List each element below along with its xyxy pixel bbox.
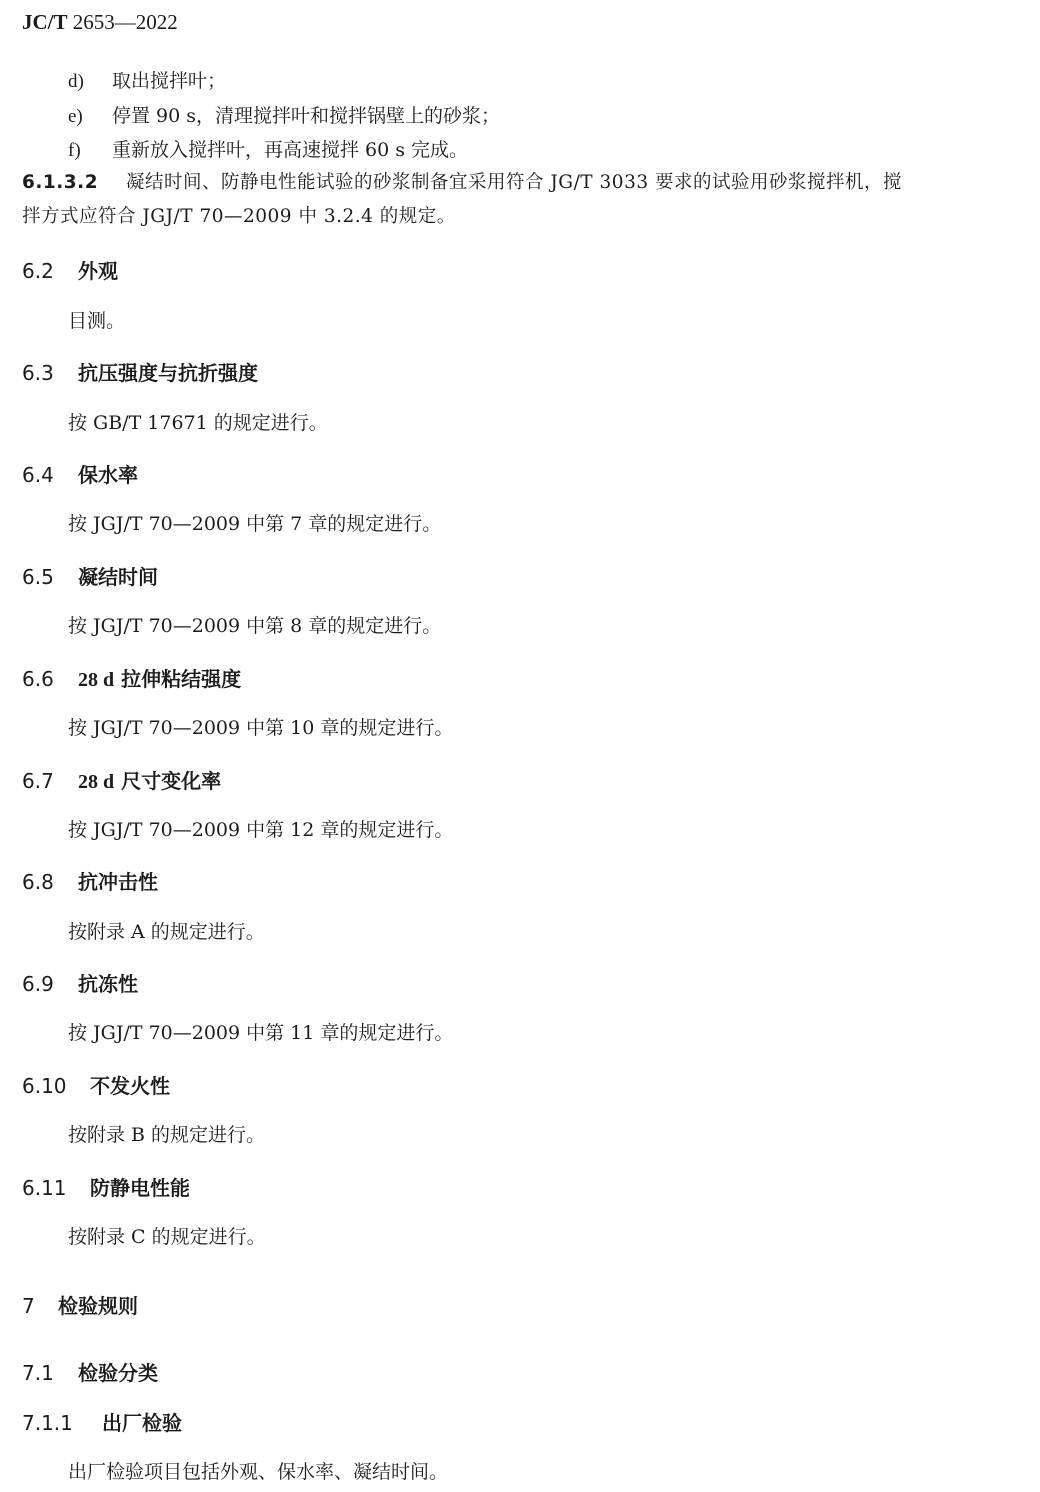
chapter-title: 检验规则 [58, 1294, 138, 1318]
section-title-prefix: 28 d [78, 771, 114, 793]
section-body-6-7: 按 JGJ/T 70—2009 中第 12 章的规定进行。 [68, 815, 453, 842]
section-heading-6-8: 6.8抗冲击性 [22, 866, 158, 895]
list-item-d: d)取出搅拌叶； [68, 66, 226, 93]
section-number: 6.8 [22, 870, 78, 894]
section-title-prefix: 28 d [78, 669, 114, 691]
list-item-f: f)重新放入搅拌叶，再高速搅拌 60 s 完成。 [68, 135, 468, 162]
section-number: 7.1 [22, 1361, 78, 1385]
section-number: 6.5 [22, 565, 78, 589]
section-title: 不发火性 [90, 1074, 170, 1098]
chapter-heading-7: 7检验规则 [22, 1290, 138, 1319]
list-text: 重新放入搅拌叶，再高速搅拌 60 s 完成。 [112, 139, 468, 161]
section-number: 6.2 [22, 259, 78, 283]
section-title: 防静电性能 [90, 1176, 190, 1200]
section-body-6-5: 按 JGJ/T 70—2009 中第 8 章的规定进行。 [68, 611, 441, 638]
section-heading-6-4: 6.4保水率 [22, 459, 138, 488]
clause-number: 6.1.3.2 [22, 172, 126, 193]
clause-6-1-3-2-line2: 拌方式应符合 JGJ/T 70—2009 中 3.2.4 的规定。 [22, 202, 456, 228]
list-marker: e) [68, 106, 112, 128]
section-number: 6.4 [22, 463, 78, 487]
list-item-e: e)停置 90 s，清理搅拌叶和搅拌锅壁上的砂浆； [68, 101, 500, 128]
section-number: 7.1.1 [22, 1411, 102, 1435]
section-heading-7-1-1: 7.1.1出厂检验 [22, 1407, 182, 1436]
section-body-7-1-1: 出厂检验项目包括外观、保水率、凝结时间。 [68, 1457, 448, 1484]
section-body-6-9: 按 JGJ/T 70—2009 中第 11 章的规定进行。 [68, 1018, 453, 1045]
list-marker: d) [68, 71, 112, 93]
clause-6-1-3-2-line1: 6.1.3.2凝结时间、防静电性能试验的砂浆制备宜采用符合 JG/T 3033 … [22, 168, 902, 194]
section-number: 6.7 [22, 769, 78, 793]
section-title: 抗压强度与抗折强度 [78, 361, 258, 385]
section-body-6-11: 按附录 C 的规定进行。 [68, 1222, 266, 1249]
section-title: 尺寸变化率 [121, 769, 221, 793]
section-title: 抗冻性 [78, 972, 138, 996]
list-text: 停置 90 s，清理搅拌叶和搅拌锅壁上的砂浆； [112, 105, 500, 127]
section-heading-6-5: 6.5凝结时间 [22, 561, 158, 590]
section-heading-7-1: 7.1检验分类 [22, 1357, 158, 1386]
section-title: 保水率 [78, 463, 138, 487]
section-heading-6-11: 6.11防静电性能 [22, 1172, 190, 1201]
section-number: 6.6 [22, 667, 78, 691]
section-body-6-4: 按 JGJ/T 70—2009 中第 7 章的规定进行。 [68, 509, 441, 536]
section-title: 外观 [78, 259, 118, 283]
section-title: 检验分类 [78, 1361, 158, 1385]
list-text: 取出搅拌叶； [112, 70, 226, 92]
clause-text: 凝结时间、防静电性能试验的砂浆制备宜采用符合 JG/T 3033 要求的试验用砂… [126, 172, 902, 193]
section-heading-6-6: 6.628 d 拉伸粘结强度 [22, 663, 241, 692]
document-code: JC/T 2653—2022 [22, 10, 178, 35]
section-heading-6-7: 6.728 d 尺寸变化率 [22, 765, 221, 794]
section-body-6-6: 按 JGJ/T 70—2009 中第 10 章的规定进行。 [68, 713, 453, 740]
list-marker: f) [68, 140, 112, 162]
section-number: 6.3 [22, 361, 78, 385]
section-body-6-3: 按 GB/T 17671 的规定进行。 [68, 408, 328, 435]
section-title: 拉伸粘结强度 [121, 667, 241, 691]
section-number: 6.10 [22, 1074, 90, 1098]
section-number: 6.11 [22, 1176, 90, 1200]
section-heading-6-9: 6.9抗冻性 [22, 968, 138, 997]
section-title: 出厂检验 [102, 1411, 182, 1435]
section-body-6-10: 按附录 B 的规定进行。 [68, 1120, 265, 1147]
doc-code-prefix: JC/T [22, 10, 68, 34]
doc-code-number: 2653—2022 [73, 10, 178, 34]
section-number: 6.9 [22, 972, 78, 996]
section-heading-6-10: 6.10不发火性 [22, 1070, 170, 1099]
section-title: 凝结时间 [78, 565, 158, 589]
section-body-6-2: 目测。 [68, 306, 125, 333]
section-heading-6-2: 6.2外观 [22, 255, 118, 284]
chapter-number: 7 [22, 1294, 58, 1318]
section-title: 抗冲击性 [78, 870, 158, 894]
section-heading-6-3: 6.3抗压强度与抗折强度 [22, 357, 258, 386]
section-body-6-8: 按附录 A 的规定进行。 [68, 917, 265, 944]
